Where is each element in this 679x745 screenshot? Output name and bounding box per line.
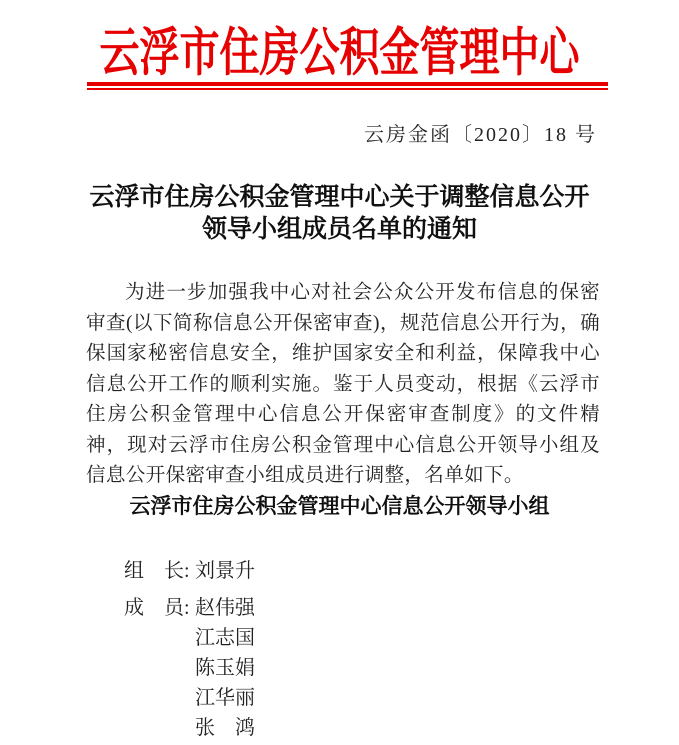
document-title-line-2: 领导小组成员名单的通知 — [202, 216, 477, 243]
roster-name: 陈玉娟 — [195, 657, 255, 679]
section-heading: 云浮市住房公积金管理中心信息公开领导小组 — [0, 490, 679, 520]
roster-role: 组 长: — [124, 556, 184, 586]
roster-row: 张 鸿 — [124, 713, 255, 743]
roster-name: 张 鸿 — [195, 717, 255, 739]
reference-number: 云房金函〔2020〕18 号 — [364, 118, 597, 147]
body-paragraph: 为进一步加强我中心对社会公众公开发布信息的保密审查(以下简称信息公开保密审查)，… — [86, 278, 600, 492]
roster-name: 刘景升 — [195, 560, 255, 582]
roster-role: 成 员: — [124, 593, 184, 623]
roster-row: 组 长: 刘景升 — [124, 556, 255, 586]
roster-name: 赵伟强 — [195, 597, 255, 619]
roster-row: 江志国 — [124, 623, 255, 653]
roster-row: 陈玉娟 — [124, 653, 255, 683]
roster-row: 江华丽 — [124, 683, 255, 713]
roster-list: 组 长: 刘景升 成 员: 赵伟强 江志国 陈玉娟 江华丽 张 鸿 — [124, 556, 255, 743]
document-page: 云浮市住房公积金管理中心 云房金函〔2020〕18 号 云浮市住房公积金管理中心… — [0, 0, 679, 745]
roster-row: 成 员: 赵伟强 — [124, 593, 255, 623]
document-title: 云浮市住房公积金管理中心关于调整信息公开 领导小组成员名单的通知 — [0, 182, 679, 246]
letterhead-divider — [87, 82, 608, 90]
letterhead-title: 云浮市住房公积金管理中心 — [0, 12, 679, 86]
document-title-line-1: 云浮市住房公积金管理中心关于调整信息公开 — [89, 184, 589, 211]
roster-name: 江志国 — [195, 627, 255, 649]
roster-name: 江华丽 — [195, 687, 255, 709]
